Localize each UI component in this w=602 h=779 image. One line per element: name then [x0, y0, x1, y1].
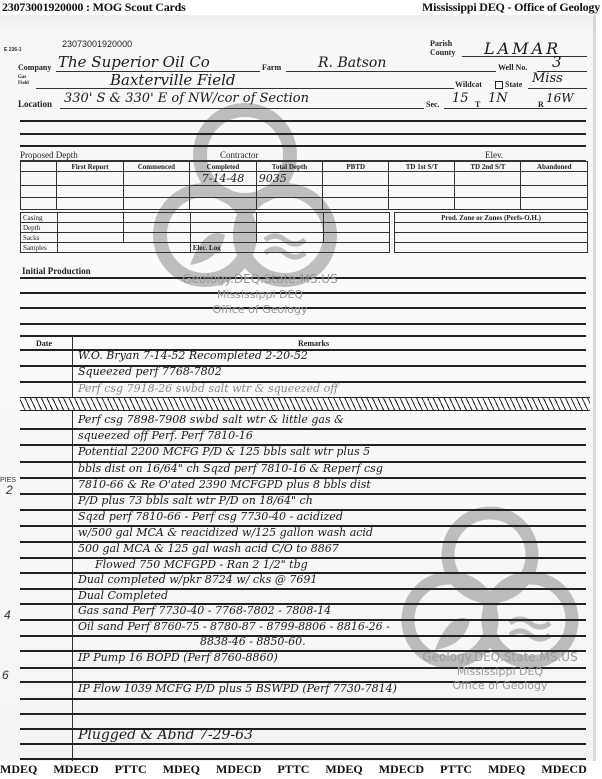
date-column-header: Date: [36, 339, 52, 348]
footer-item: PTTC: [115, 762, 147, 776]
record-title: 23073001920000 : MOG Scout Cards: [2, 0, 186, 15]
remark-line: 500 gal MCA & 125 gal wash acid C/O to 8…: [78, 542, 339, 555]
range-value: 16W: [546, 91, 574, 105]
field-value: Baxterville Field: [110, 71, 236, 89]
completed-date: 7-14-48: [190, 172, 257, 186]
margin-note: 6: [2, 668, 9, 682]
first-report-header: First Report: [57, 162, 123, 172]
samples-label: Samples: [21, 243, 58, 253]
divider: [444, 108, 587, 109]
proposed-depth-label: Proposed Depth: [20, 150, 78, 160]
td-2nd-header: TD 2nd S/T: [455, 162, 521, 172]
table-row: [21, 186, 588, 198]
divider: [20, 145, 586, 147]
watermark-org-2: Mississippi DEQ: [400, 665, 596, 678]
td-1st-header: TD 1st S/T: [389, 162, 455, 172]
remark-line: Perf csg 7898-7908 swbd salt wtr & littl…: [78, 413, 344, 426]
elev-label: Elev.: [485, 150, 503, 160]
commenced-header: Commenced: [123, 162, 190, 172]
footer-item: MDECD: [53, 762, 98, 776]
wildcat-checkbox[interactable]: [495, 81, 503, 89]
remark-line: IP Flow 1039 MCFG P/D plus 5 BSWPD (Perf…: [78, 682, 397, 695]
scout-card-image: E 236-1 23073001920000 Parish County LAM…: [0, 15, 596, 761]
table-row: [21, 198, 588, 210]
state-value: Miss: [532, 71, 563, 86]
contractor-label: Contractor: [220, 150, 259, 160]
parish-county-label: Parish County: [430, 39, 464, 57]
divider: [20, 323, 586, 325]
remark-line: Flowed 750 MCFGPD - Ran 2 1/2" tbg: [95, 558, 308, 571]
remark-line: squeezed off Perf. Perf 7810-16: [78, 429, 253, 442]
footer-item: MDECD: [379, 762, 424, 776]
total-depth-value: 9035: [256, 172, 322, 186]
remark-line: bbls dist on 16/64" ch Sqzd perf 7810-16…: [78, 462, 383, 475]
remark-line: IP Pump 16 BOPD (Perf 8760-8860): [78, 651, 278, 664]
remark-line: Potential 2200 MCFG P/D & 125 bbls salt …: [78, 445, 370, 458]
footer-item: MDEQ: [325, 762, 362, 776]
footer-bar: MDEQ MDECD PTTC MDEQ MDECD PTTC MDEQ MDE…: [0, 762, 602, 779]
sacks-label: Sacks: [21, 233, 58, 243]
sec-value: 15: [452, 91, 469, 106]
remark-line: 8838-46 - 8850-60.: [200, 635, 306, 648]
form-code: E 236-1: [4, 47, 22, 53]
table-row: 7-14-48 9035: [21, 172, 588, 186]
well-no-label: Well No.: [498, 63, 527, 72]
pbtd-header: PBTD: [323, 162, 389, 172]
remarks-column-header: Remarks: [298, 339, 329, 348]
township-value: 1N: [488, 91, 508, 106]
watermark-office: Office of Geology: [160, 303, 360, 316]
footer-item: MDEQ: [163, 762, 200, 776]
remark-line-plugged: Plugged & Abnd 7-29-63: [78, 727, 253, 743]
farm-value: R. Batson: [318, 55, 386, 71]
location-value: 330' S & 330' E of NW/cor of Section: [64, 91, 309, 106]
divider: [20, 758, 586, 760]
footer-item: PTTC: [277, 762, 309, 776]
company-label: Company: [18, 63, 51, 72]
remark-line: 7810-66 & Re O'ated 2390 MCFGPD plus 8 b…: [78, 478, 371, 491]
casing-table: Casing Depth Sacks SamplesElec. Log: [20, 212, 390, 253]
divider: [20, 743, 586, 745]
prod-zones-label: Prod. Zone or Zones (Perfs-O.H.): [395, 213, 588, 223]
margin-note: 4: [4, 608, 11, 622]
gas-field-label: Gas Field: [18, 75, 38, 87]
footer-item: PTTC: [440, 762, 472, 776]
remark-line: Sqzd perf 7810-66 - Perf csg 7730-40 - a…: [78, 510, 343, 523]
divider: [20, 713, 586, 715]
initial-production-label: Initial Production: [22, 266, 91, 276]
total-depth-header: Total Depth: [256, 162, 322, 172]
remark-line: Oil sand Perf 8760-75 - 8780-87 - 8799-8…: [78, 620, 390, 633]
prod-zones-table: Prod. Zone or Zones (Perfs-O.H.): [394, 212, 588, 253]
remark-line: Gas sand Perf 7730-40 - 7768-7802 - 7808…: [78, 604, 331, 617]
elec-log-label: Elec. Log: [190, 243, 389, 253]
agency-title: Mississippi DEQ - Office of Geology: [422, 0, 600, 15]
sec-label: Sec.: [426, 100, 440, 109]
footer-item: MDECD: [216, 762, 261, 776]
abandoned-header: Abandoned: [521, 162, 588, 172]
remark-line: Perf csg 7918-26 swbd salt wtr & squeeze…: [78, 382, 338, 395]
hatch-band: [20, 397, 590, 411]
page-header: 23073001920000 : MOG Scout Cards Mississ…: [0, 0, 602, 14]
watermark-org: Mississippi DEQ: [160, 288, 360, 301]
footer-item: MDEQ: [0, 762, 37, 776]
county-value: LAMAR: [484, 39, 561, 58]
divider: [20, 335, 586, 337]
divider: [20, 698, 586, 700]
farm-label: Farm: [262, 63, 281, 72]
remark-line: Dual Completed: [78, 589, 168, 602]
watermark-site: Geology.DEQ.State.MS.US: [160, 272, 360, 286]
well-no-value: 3: [552, 53, 562, 71]
watermark-site-2: Geology.DEQ.State.MS.US: [400, 650, 596, 664]
dates-table: First Report Commenced Completed Total D…: [20, 161, 588, 210]
footer-item: MDECD: [541, 762, 586, 776]
api-number: 23073001920000: [62, 39, 132, 49]
state-label: State: [505, 80, 522, 89]
divider: [286, 71, 496, 72]
remark-line: P/D plus 73 bbls salt wtr P/D on 18/64" …: [78, 494, 313, 507]
remark-line: W.O. Bryan 7-14-52 Recompleted 2-20-52: [78, 349, 308, 362]
completed-header: Completed: [190, 162, 257, 172]
casing-label: Casing: [21, 213, 58, 223]
wildcat-label: Wildcat: [455, 80, 482, 89]
dates-table-header: First Report Commenced Completed Total D…: [21, 162, 588, 172]
divider: [36, 88, 454, 89]
divider: [528, 88, 587, 89]
margin-note: 2: [6, 483, 13, 497]
footer-item: MDEQ: [488, 762, 525, 776]
watermark-office-2: Office of Geology: [400, 679, 596, 692]
remark-line: Dual completed w/pkr 8724 w/ cks @ 7691: [78, 573, 317, 586]
company-value: The Superior Oil Co: [58, 53, 210, 71]
depth-label: Depth: [21, 223, 58, 233]
divider: [60, 108, 424, 109]
remark-line: w/500 gal MCA & reacidized w/125 gallon …: [78, 526, 373, 539]
location-label: Location: [18, 99, 52, 109]
divider: [20, 120, 586, 122]
remark-line: Squeezed perf 7768-7802: [78, 365, 222, 378]
divider: [20, 133, 586, 135]
